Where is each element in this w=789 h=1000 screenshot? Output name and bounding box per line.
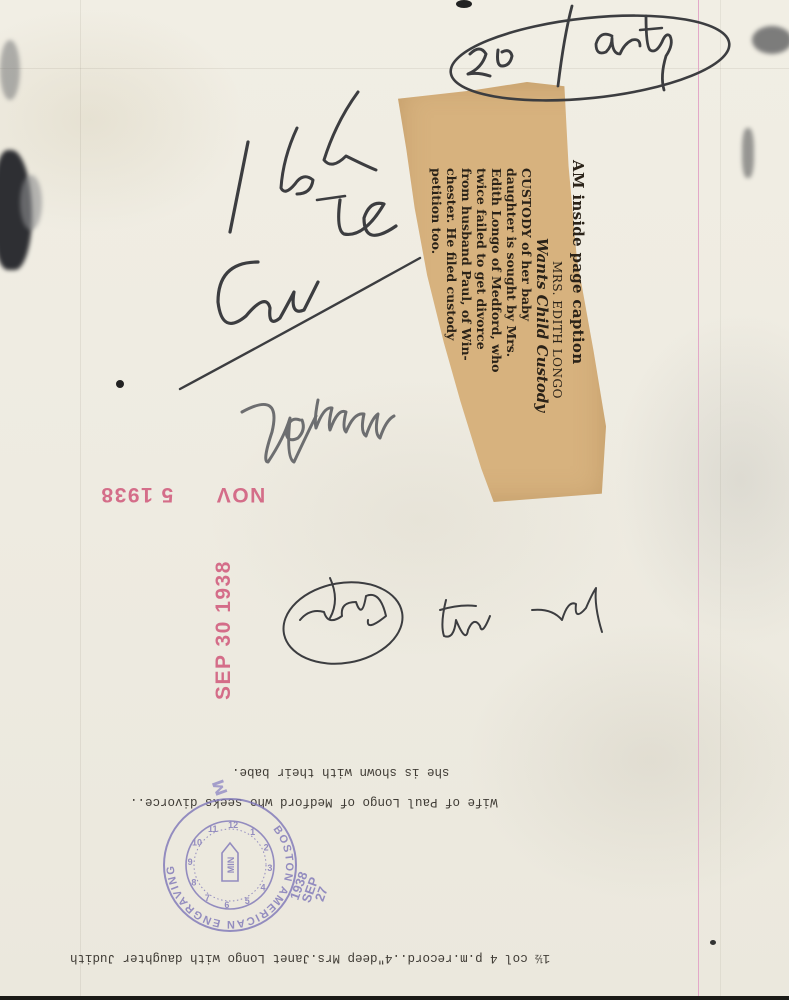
- engraving-dial-number: 2: [264, 843, 269, 853]
- engraving-dial-number: 4: [260, 883, 265, 893]
- cut-note: [218, 196, 396, 323]
- ink-smudge: [752, 26, 789, 54]
- clipping-body-line: petition too.: [429, 168, 444, 460]
- engraving-stamp: BOSTON AMERICAN ENGRAVING MIN 1234567891…: [160, 795, 300, 935]
- stamp-year: 1938: [212, 560, 235, 613]
- diagonal-stroke: [180, 258, 420, 389]
- clipping-body-line: from husband Paul, of Win-: [459, 168, 474, 460]
- engraving-dial-number: 7: [205, 893, 210, 903]
- stamp-day: 30: [212, 620, 235, 646]
- photo-back: AM inside page caption MRS. EDITH LONGO …: [0, 0, 789, 1000]
- engraving-dial-number: 3: [267, 863, 272, 873]
- typed-caption-line-3: 1½ col 4 p.m.record..4"deep Mrs.Janet Lo…: [70, 951, 550, 965]
- engraving-dial-number: 10: [192, 837, 202, 847]
- ink-smudge: [742, 128, 754, 178]
- paper-crease: [80, 0, 81, 1000]
- ink-smudge: [0, 40, 20, 100]
- engraving-dial-number: 11: [208, 824, 218, 834]
- signature-mrs-paul-longo: [277, 573, 602, 673]
- one-col-note: [230, 92, 376, 232]
- clipping-body-line: CUSTODY of her baby: [519, 168, 534, 460]
- typed-caption-line-1: she is shown with their babe.: [232, 765, 450, 779]
- ink-smudge: [20, 175, 42, 230]
- ink-dot: [116, 380, 124, 388]
- stamp-year: 1938: [100, 483, 153, 506]
- clipping-body-line: daughter is sought by Mrs.: [504, 168, 519, 460]
- engraving-dial-number: 5: [245, 896, 250, 906]
- stamp-month: NOV: [215, 483, 265, 506]
- pink-margin-line: [698, 0, 699, 996]
- engraving-center-text: MIN: [226, 857, 236, 874]
- ink-dot: [710, 940, 716, 945]
- engraving-dial-number: 12: [228, 820, 238, 830]
- engraving-dial-number: 8: [191, 877, 196, 887]
- paper-crease: [720, 0, 721, 1000]
- received-stamp-nov: NOV5 1938: [100, 482, 265, 506]
- stamp-month: SEP: [212, 654, 235, 700]
- woman-note: [242, 400, 394, 462]
- clipping-body: CUSTODY of her baby daughter is sought b…: [429, 160, 534, 460]
- ink-dot: [456, 0, 472, 8]
- clipping-headline: Wants Child Custody: [534, 160, 549, 460]
- stamp-day: 5: [160, 483, 173, 506]
- clipping-body-line: twice failed to get divorce: [474, 168, 489, 460]
- received-stamp-sep: SEP 30 1938: [212, 560, 236, 700]
- clipping-text: AM inside page caption MRS. EDITH LONGO …: [405, 160, 585, 460]
- clipping-body-line: Edith Longo of Medford, who: [489, 168, 504, 460]
- clipping-kicker: AM inside page caption: [570, 160, 585, 460]
- paper-crease: [0, 68, 789, 69]
- clipping-body-line: chester. He filed custody: [444, 168, 459, 460]
- clipping-name: MRS. EDITH LONGO: [549, 160, 564, 460]
- scan-bottom-edge: [0, 996, 789, 1000]
- engraving-dial-number: 9: [188, 857, 193, 867]
- engraving-dial-number: 1: [250, 827, 255, 837]
- engraving-dial-number: 6: [224, 900, 229, 910]
